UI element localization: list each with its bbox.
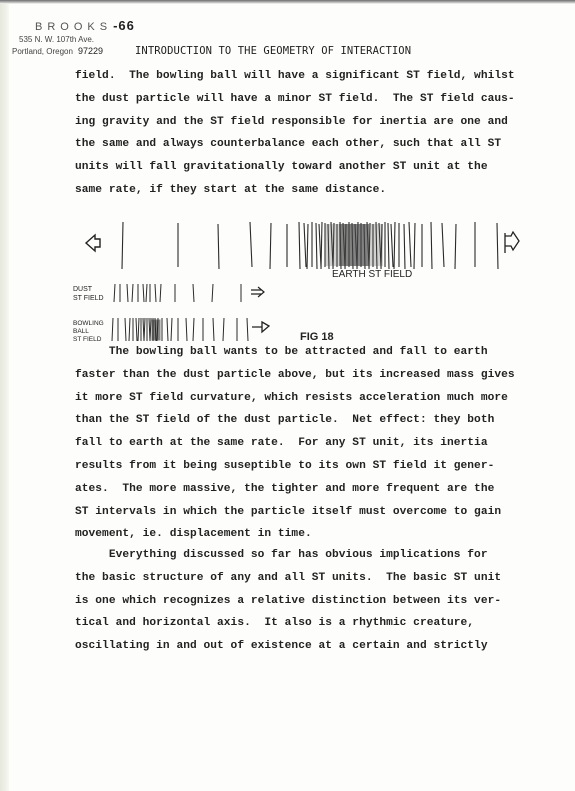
text-line: the basic structure of any and all ST un… [75, 572, 501, 584]
text-line: results from it being suseptible to its … [75, 460, 494, 472]
text-line: than the ST field of the dust particle. … [75, 414, 494, 426]
text-line: The bowling ball wants to be attracted a… [75, 346, 488, 358]
text-line: oscillating in and out of existence at a… [75, 640, 488, 652]
handwritten-page-number: -66 [113, 18, 135, 33]
svg-text:BOWLING: BOWLING [73, 320, 104, 327]
stamp-city: Portland, Oregon [12, 47, 73, 56]
figure-caption: FIG 18 [300, 331, 334, 343]
svg-text:ST FIELD: ST FIELD [73, 295, 104, 302]
text-line: faster than the dust particle above, but… [75, 369, 515, 381]
text-line: field. The bowling ball will have a sign… [75, 70, 515, 82]
scan-left-edge [0, 0, 9, 791]
svg-text:DUST: DUST [73, 286, 93, 293]
left-arrow-icon [86, 235, 100, 251]
stamp-name-text: BROOKS [35, 21, 112, 33]
text-line: movement, ie. displacement in time. [75, 528, 312, 540]
earth-st-field-label: EARTH ST FIELD [332, 269, 412, 280]
bowling-arrow-icon [252, 322, 269, 332]
text-line: it more ST field curvature, which resist… [75, 392, 508, 404]
stamp-address: 535 N. W. 107th Ave. [19, 35, 94, 44]
text-line: fall to earth at the same rate. For any … [75, 437, 488, 449]
dust-st-field-label: DUSTST FIELD [73, 286, 104, 302]
stamp-zip: 97229 [78, 46, 103, 56]
text-line: is one which recognizes a relative disti… [75, 595, 501, 607]
svg-text:ST FIELD: ST FIELD [73, 336, 102, 343]
scan-top-edge [0, 0, 575, 4]
text-line: the same and always counterbalance each … [75, 138, 501, 150]
svg-text:BALL: BALL [73, 328, 89, 335]
text-line: same rate, if they start at the same dis… [75, 184, 386, 196]
text-line: units will fall gravitationally toward a… [75, 161, 488, 173]
text-line: ST intervals in which the particle itsel… [75, 506, 501, 518]
stamp-city-line: Portland, Oregon97229 [12, 46, 103, 56]
text-line: ates. The more massive, the tighter and … [75, 483, 494, 495]
text-line: tical and horizontal axis. It also is a … [75, 617, 474, 629]
bowling-ball-st-field-label: BOWLINGBALLST FIELD [73, 320, 104, 343]
page-title: INTRODUCTION TO THE GEOMETRY OF INTERACT… [135, 45, 411, 57]
right-arrow-icon [505, 232, 519, 253]
text-line: the dust particle will have a minor ST f… [75, 93, 515, 105]
text-line: ing gravity and the ST field responsible… [75, 116, 508, 128]
dust-arrow-icon [251, 287, 264, 297]
text-line: Everything discussed so far has obvious … [75, 549, 488, 561]
stamp-name: BROOKS-66 [35, 18, 135, 33]
